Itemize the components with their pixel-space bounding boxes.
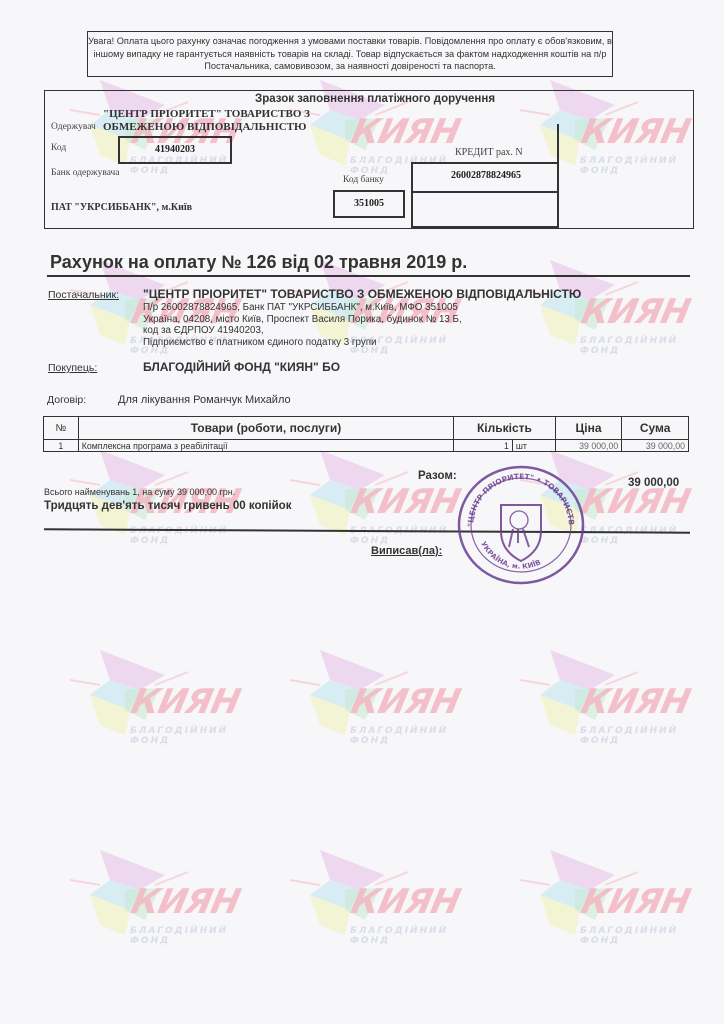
credit-label: КРЕДИТ рах. N	[455, 147, 523, 158]
bank-code-value: 351005	[333, 190, 405, 218]
watermark-subtitle: БЛАГОДІЙНИЙ ФОНД	[130, 926, 240, 946]
bird-logo-icon	[290, 640, 410, 750]
items-table: № Товари (роботи, послуги) Кількість Цін…	[43, 416, 689, 452]
row-name: Комплексна програма з реабілітації	[78, 440, 453, 452]
kyian-watermark-logo: КИЯНБЛАГОДІЙНИЙ ФОНД	[70, 840, 240, 960]
supplier-tax-status: Підприємство є платником єдиного податку…	[143, 337, 462, 349]
supplier-address: Україна, 04208, місто Київ, Проспект Вас…	[143, 314, 462, 326]
kyian-watermark-logo: КИЯНБЛАГОДІЙНИЙ ФОНД	[290, 640, 460, 760]
recipient-name-line2: ОБМЕЖЕНОЮ ВІДПОВІДАЛЬНІСТЮ	[103, 121, 310, 134]
credit-account-box: 26002878824965	[411, 162, 559, 228]
bank-code-label: Код банку	[343, 175, 384, 185]
kyian-watermark-logo: КИЯНБЛАГОДІЙНИЙ ФОНД	[290, 840, 460, 960]
row-unit: шт	[512, 440, 555, 452]
watermark-text: КИЯН	[578, 292, 693, 332]
credit-vertical-line	[557, 124, 559, 228]
col-sum: Сума	[622, 417, 689, 440]
supplier-details: П/р 26002878824965, Банк ПАТ "УКРСИББАНК…	[143, 302, 462, 348]
row-sum: 39 000,00	[622, 440, 689, 452]
watermark-subtitle: БЛАГОДІЙНИЙ ФОНД	[130, 726, 240, 746]
bird-logo-icon	[290, 440, 410, 550]
invoice-title: Рахунок на оплату № 126 від 02 травня 20…	[50, 252, 467, 273]
total-label: Разом:	[418, 470, 457, 482]
col-goods: Товари (роботи, послуги)	[78, 417, 453, 440]
items-count-line: Всього найменувань 1, на суму 39 000,00 …	[44, 487, 235, 497]
supplier-name: "ЦЕНТР ПРІОРИТЕТ" ТОВАРИСТВО З ОБМЕЖЕНОЮ…	[143, 287, 581, 301]
bird-logo-icon	[70, 840, 190, 950]
code-label: Код	[51, 143, 66, 153]
code-value: 41940203	[118, 136, 232, 164]
watermark-subtitle: БЛАГОДІЙНИЙ ФОНД	[350, 926, 460, 946]
watermark-text: КИЯН	[348, 482, 463, 522]
title-underline	[47, 275, 690, 277]
table-header-row: № Товари (роботи, послуги) Кількість Цін…	[44, 417, 689, 440]
bird-logo-icon	[290, 840, 410, 950]
watermark-text: КИЯН	[348, 682, 463, 722]
svg-text:"ЦЕНТР ПРІОРИТЕТ" • ТОВАРИСТВО: "ЦЕНТР ПРІОРИТЕТ" • ТОВАРИСТВО З ОБМЕЖЕН…	[457, 465, 576, 527]
kyian-watermark-logo: КИЯНБЛАГОДІЙНИЙ ФОНД	[70, 640, 240, 760]
watermark-subtitle: БЛАГОДІЙНИЙ ФОНД	[580, 926, 690, 946]
supplier-label: Постачальник:	[48, 289, 119, 301]
kyian-watermark-logo: КИЯНБЛАГОДІЙНИЙ ФОНД	[520, 840, 690, 960]
recipient-name: "ЦЕНТР ПРІОРИТЕТ" ТОВАРИСТВО З ОБМЕЖЕНОЮ…	[103, 108, 310, 134]
watermark-text: КИЯН	[348, 882, 463, 922]
watermark-text: КИЯН	[128, 882, 243, 922]
company-stamp: "ЦЕНТР ПРІОРИТЕТ" • ТОВАРИСТВО З ОБМЕЖЕН…	[457, 465, 585, 585]
table-row: 1 Комплексна програма з реабілітації 1 ш…	[44, 440, 689, 452]
kyian-watermark-logo: КИЯНБЛАГОДІЙНИЙ ФОНД	[290, 440, 460, 560]
recipient-name-line1: "ЦЕНТР ПРІОРИТЕТ" ТОВАРИСТВО З	[103, 108, 310, 121]
bird-logo-icon	[520, 640, 640, 750]
bird-logo-icon	[70, 640, 190, 750]
credit-account-value: 26002878824965	[413, 164, 559, 181]
buyer-label: Покупець:	[48, 362, 97, 374]
bank-name: ПАТ "УКРСИББАНК", м.Київ	[51, 202, 192, 213]
bird-logo-icon	[520, 250, 640, 360]
watermark-subtitle: БЛАГОДІЙНИЙ ФОНД	[350, 726, 460, 746]
buyer-name: БЛАГОДІЙНИЙ ФОНД "КИЯН" БО	[143, 360, 340, 374]
row-number: 1	[44, 440, 79, 452]
amount-in-words: Тридцять дев'ять тисяч гривень 00 копійо…	[44, 500, 291, 512]
row-price: 39 000,00	[555, 440, 622, 452]
watermark-text: КИЯН	[578, 882, 693, 922]
row-qty: 1	[454, 440, 513, 452]
col-number: №	[44, 417, 79, 440]
kyian-watermark-logo: КИЯНБЛАГОДІЙНИЙ ФОНД	[520, 640, 690, 760]
watermark-subtitle: БЛАГОДІЙНИЙ ФОНД	[580, 336, 690, 356]
signed-by-label: Виписав(ла):	[371, 545, 442, 557]
watermark-subtitle: БЛАГОДІЙНИЙ ФОНД	[580, 726, 690, 746]
bird-logo-icon	[520, 840, 640, 950]
bank-label: Банк одержувача	[51, 168, 120, 178]
col-quantity: Кількість	[454, 417, 555, 440]
kyian-watermark-logo: КИЯНБЛАГОДІЙНИЙ ФОНД	[520, 250, 690, 370]
watermark-subtitle: БЛАГОДІЙНИЙ ФОНД	[580, 526, 690, 546]
svg-text:УКРАЇНА, м. КИЇВ: УКРАЇНА, м. КИЇВ	[479, 540, 542, 571]
contract-value: Для лікування Романчук Михайло	[118, 394, 291, 406]
payment-order-sample: Зразок заповнення платіжного доручення "…	[44, 90, 694, 229]
contract-label: Договір:	[47, 394, 86, 406]
payment-form-title: Зразок заповнення платіжного доручення	[255, 93, 495, 105]
credit-divider	[411, 191, 559, 193]
watermark-text: КИЯН	[578, 682, 693, 722]
total-value: 39 000,00	[628, 477, 679, 489]
col-price: Ціна	[555, 417, 622, 440]
supplier-account: П/р 26002878824965, Банк ПАТ "УКРСИББАНК…	[143, 302, 462, 314]
payment-notice: Увага! Оплата цього рахунку означає пого…	[87, 31, 613, 77]
supplier-edrpou: код за ЄДРПОУ 41940203,	[143, 325, 462, 337]
recipient-label: Одержувач	[51, 122, 96, 132]
watermark-text: КИЯН	[128, 682, 243, 722]
